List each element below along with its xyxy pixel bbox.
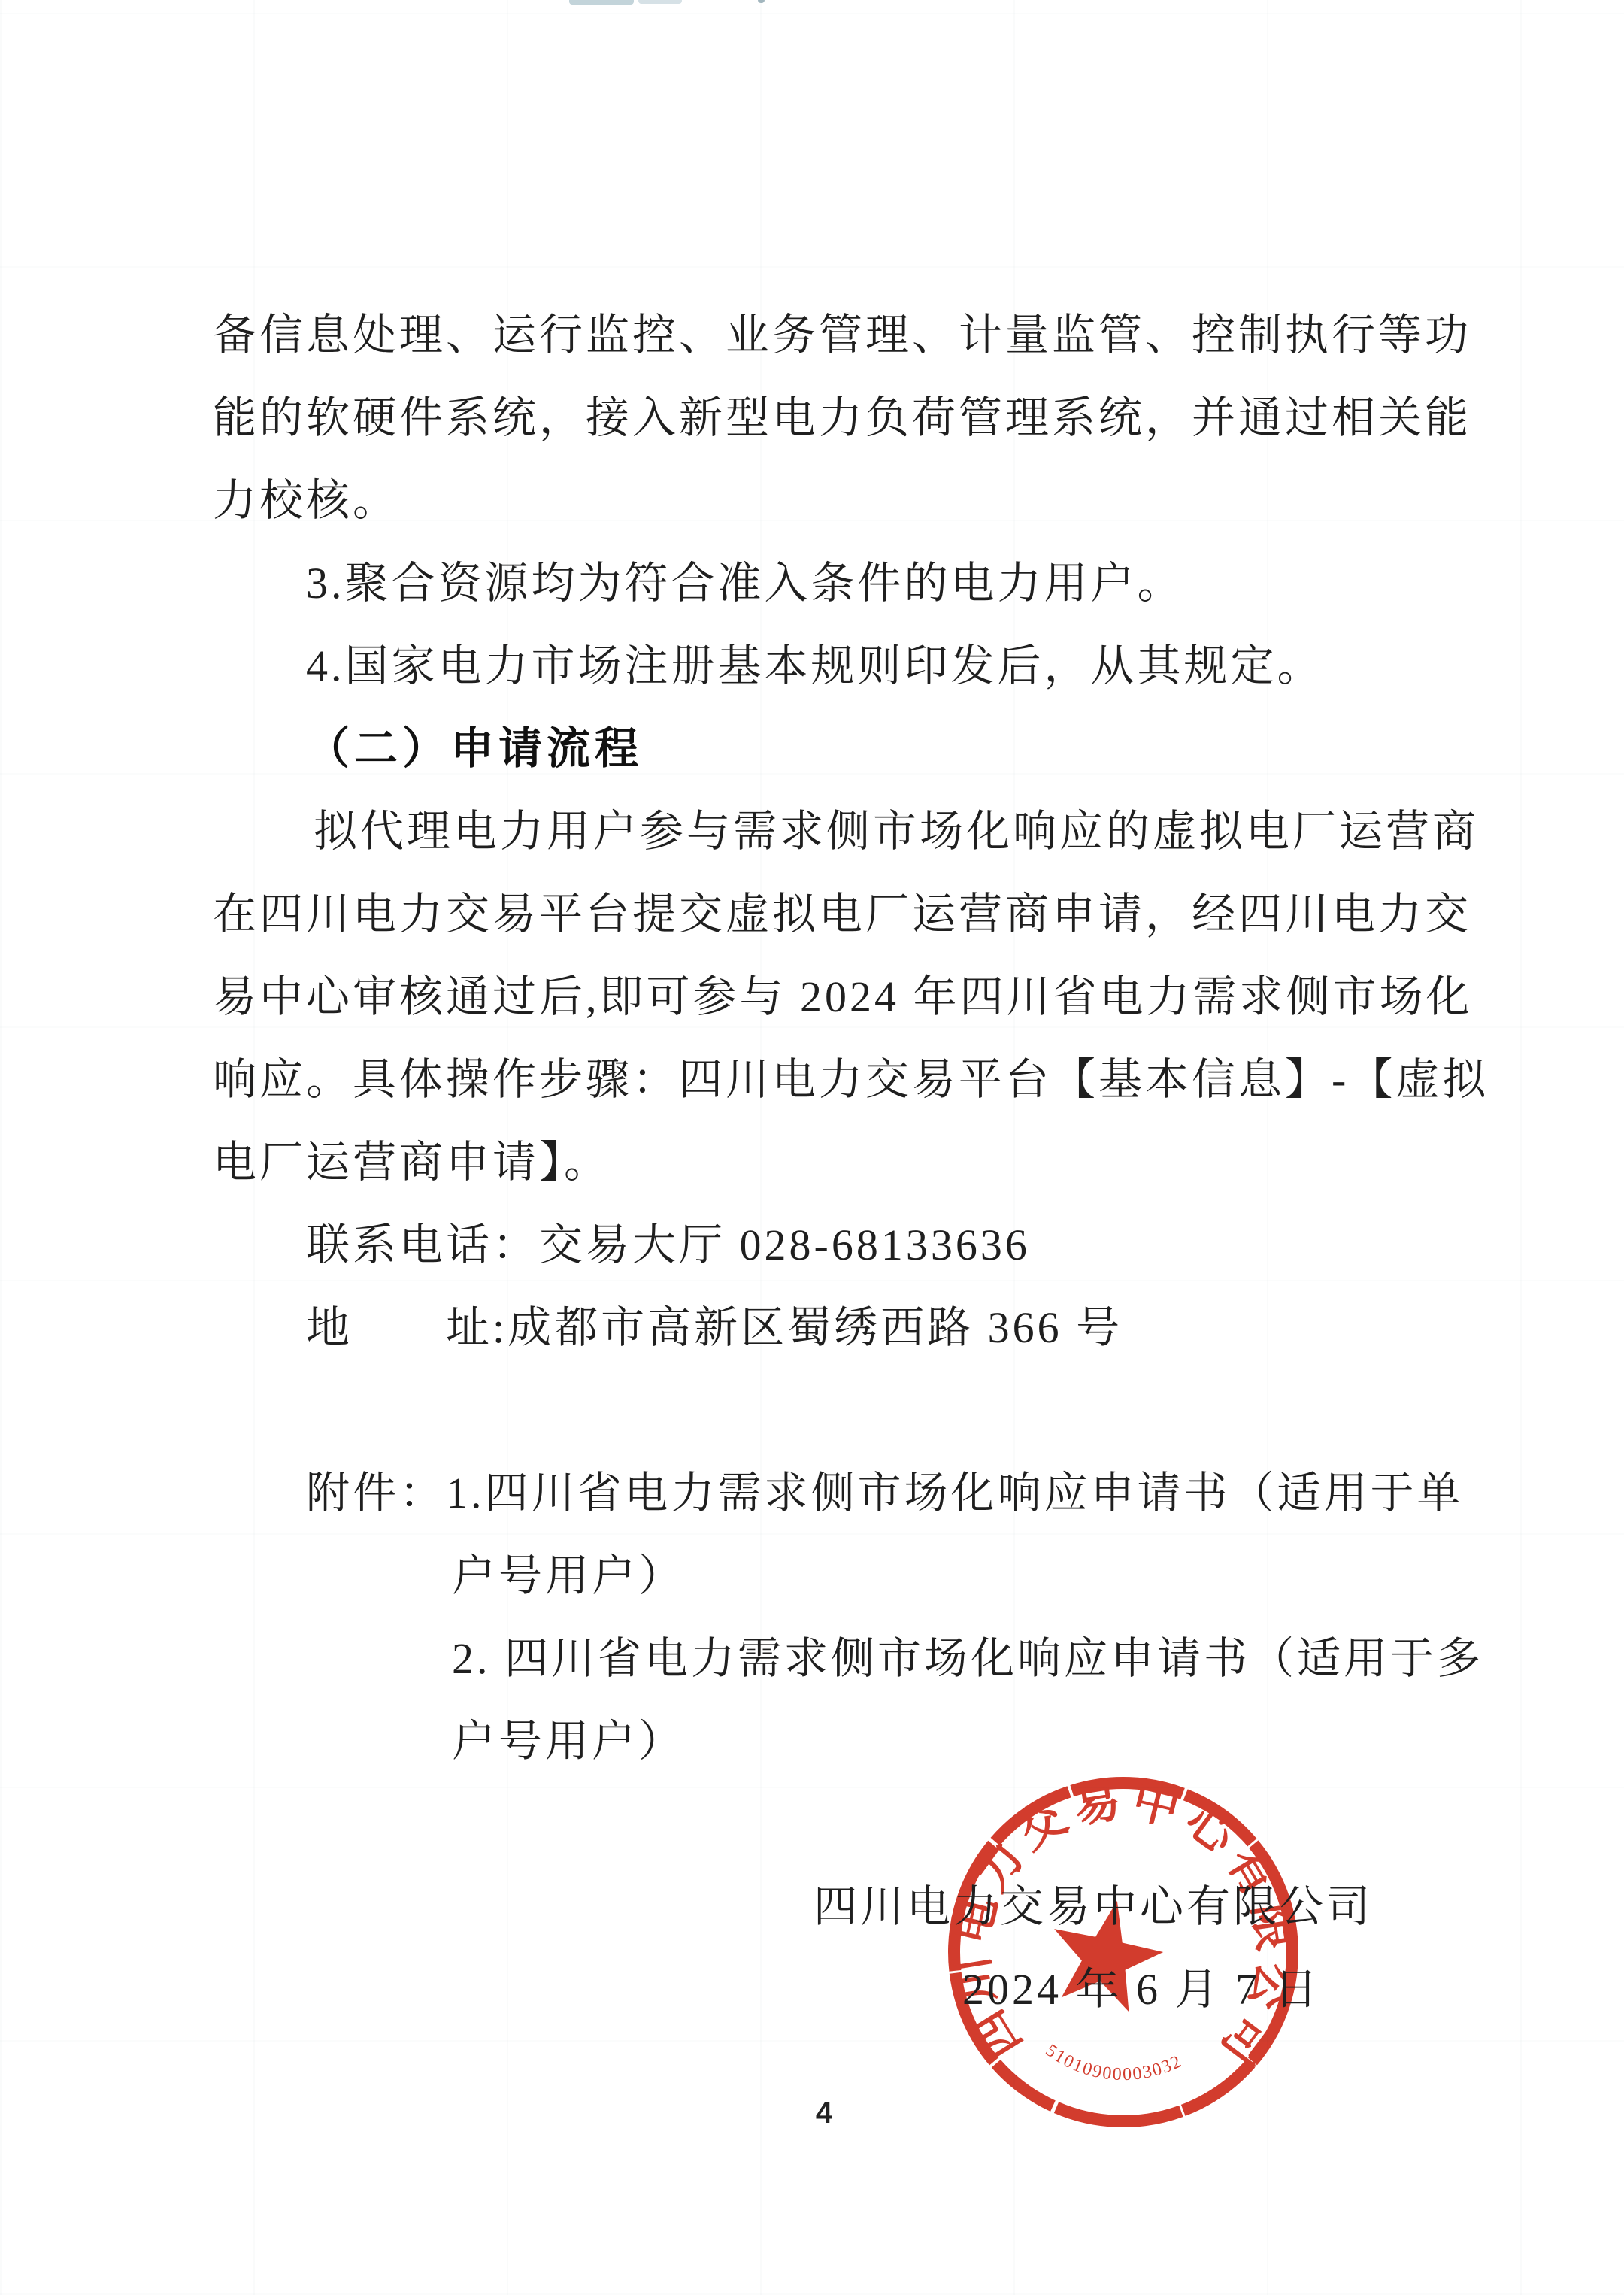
document-page: 四川电力交易中心有限公司 51010900003032 备信息处理、运行监控、业… xyxy=(0,0,1624,2295)
body-line: 响应。具体操作步骤：四川电力交易平台【基本信息】-【虚拟 xyxy=(213,1038,1431,1121)
body-line: 能的软硬件系统，接入新型电力负荷管理系统，并通过相关能 xyxy=(213,377,1431,459)
list-item-4: 4.国家电力市场注册基本规则印发后，从其规定。 xyxy=(213,625,1431,708)
body-line: 力校核。 xyxy=(213,459,1431,542)
attachment-line: 2. 四川省电力需求侧市场化响应申请书（适用于多 xyxy=(213,1617,1431,1700)
body-line: 电厂运营商申请】。 xyxy=(213,1121,1431,1204)
body-line: 在四川电力交易平台提交虚拟电厂运营商申请，经四川电力交 xyxy=(213,873,1431,956)
signature-company: 四川电力交易中心有限公司 xyxy=(213,1866,1431,1948)
contact-address-line: 地 址:成都市高新区蜀绣西路 366 号 xyxy=(213,1287,1431,1369)
contact-phone-line: 联系电话：交易大厅 028-68133636 xyxy=(213,1204,1431,1287)
page-number: 4 xyxy=(794,2096,854,2130)
list-item-3: 3.聚合资源均为符合准入条件的电力用户。 xyxy=(213,542,1431,625)
signature-date: 2024 年 6 月 7 日 xyxy=(213,1948,1431,2031)
body-line: 易中心审核通过后,即可参与 2024 年四川省电力需求侧市场化 xyxy=(213,956,1431,1038)
seal-serial-number: 51010900003032 xyxy=(1041,2040,1186,2087)
body-line: 拟代理电力用户参与需求侧市场化响应的虚拟电厂运营商 xyxy=(213,790,1431,873)
document-body: 备信息处理、运行监控、业务管理、计量监管、控制执行等功 能的软硬件系统，接入新型… xyxy=(213,0,1431,2031)
attachment-line: 附件：1.四川省电力需求侧市场化响应申请书（适用于单 xyxy=(213,1452,1431,1535)
body-line: 备信息处理、运行监控、业务管理、计量监管、控制执行等功 xyxy=(213,294,1431,377)
blank-line xyxy=(213,1369,1431,1452)
attachment-line: 户号用户） xyxy=(213,1535,1431,1617)
section-heading: （二）申请流程 xyxy=(213,708,1431,790)
attachment-line: 户号用户） xyxy=(213,1700,1431,1783)
blank-line xyxy=(213,1783,1431,1866)
